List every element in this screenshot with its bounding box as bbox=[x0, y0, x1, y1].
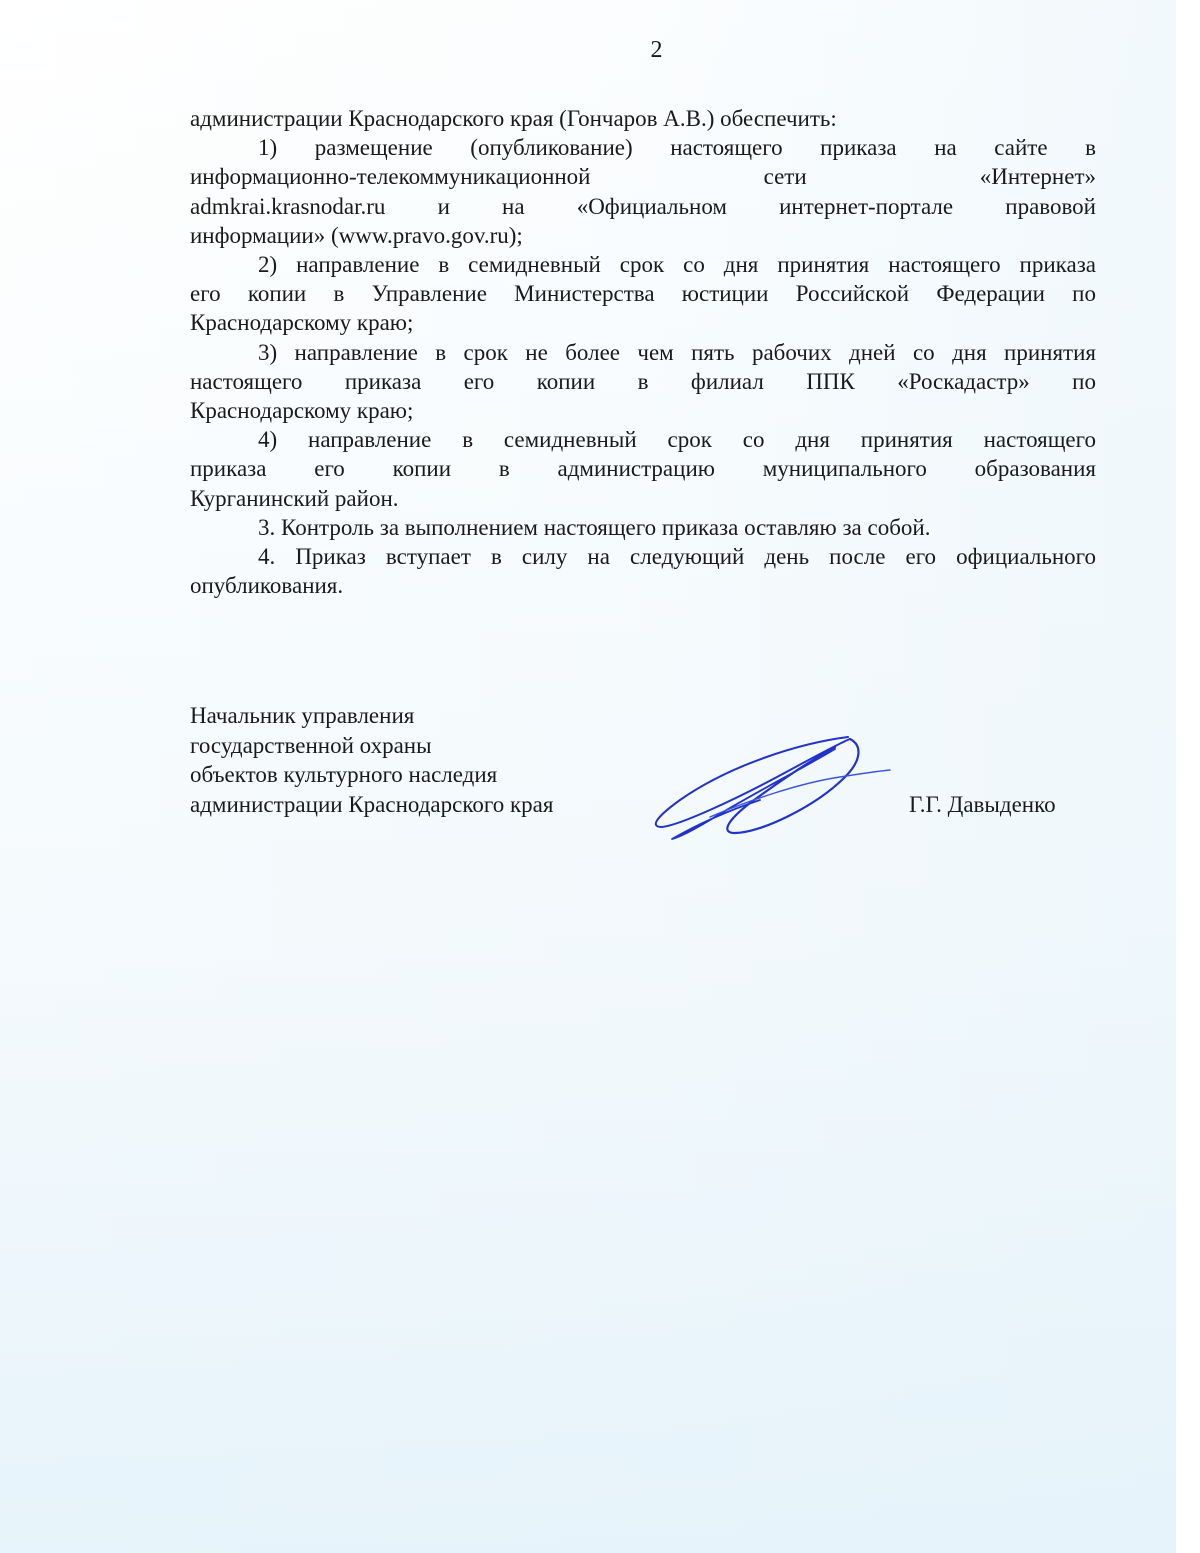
signer-title-line: администрации Краснодарского края bbox=[190, 790, 553, 820]
clause-3: 3. Контроль за выполнением настоящего пр… bbox=[190, 513, 1096, 542]
text-line: информации» (www.pravo.gov.ru); bbox=[190, 221, 1096, 250]
list-item-2: 2) направление в семидневный срок со дня… bbox=[190, 250, 1096, 338]
text-line: настоящего приказа его копии в филиал ПП… bbox=[190, 367, 1096, 396]
text-line: Краснодарскому краю; bbox=[190, 396, 1096, 425]
text-line: 1) размещение (опубликование) настоящего… bbox=[190, 133, 1096, 162]
signer-name: Г.Г. Давыденко bbox=[909, 790, 1056, 819]
text-line: Краснодарскому краю; bbox=[190, 308, 1096, 337]
intro-paragraph: администрации Краснодарского края (Гонча… bbox=[190, 104, 1096, 133]
signer-title: Начальник управления государственной охр… bbox=[190, 701, 553, 819]
text-line: 2) направление в семидневный срок со дня… bbox=[190, 250, 1096, 279]
text-line: информационно-телекоммуникационной сети … bbox=[190, 162, 1096, 191]
document-body: администрации Краснодарского края (Гонча… bbox=[190, 104, 1096, 600]
signer-title-line: Начальник управления bbox=[190, 701, 553, 731]
signer-title-line: объектов культурного наследия bbox=[190, 760, 553, 790]
text-line: 4) направление в семидневный срок со дня… bbox=[190, 425, 1096, 454]
text-line: опубликования. bbox=[190, 571, 1096, 600]
page-number: 2 bbox=[0, 36, 1200, 64]
text-line: Курганинский район. bbox=[190, 484, 1096, 513]
signature-icon bbox=[640, 725, 900, 845]
text-line: администрации Краснодарского края (Гонча… bbox=[190, 104, 1096, 133]
text-line: 4. Приказ вступает в силу на следующий д… bbox=[190, 542, 1096, 571]
text-line: admkrai.krasnodar.ru и на «Официальном и… bbox=[190, 192, 1096, 221]
text-line: 3. Контроль за выполнением настоящего пр… bbox=[190, 513, 1096, 542]
list-item-1: 1) размещение (опубликование) настоящего… bbox=[190, 133, 1096, 250]
text-line: 3) направление в срок не более чем пять … bbox=[190, 338, 1096, 367]
page-margin bbox=[1176, 0, 1200, 1553]
text-line: приказа его копии в администрацию муници… bbox=[190, 454, 1096, 483]
clause-4: 4. Приказ вступает в силу на следующий д… bbox=[190, 542, 1096, 600]
list-item-3: 3) направление в срок не более чем пять … bbox=[190, 338, 1096, 426]
list-item-4: 4) направление в семидневный срок со дня… bbox=[190, 425, 1096, 513]
text-line: его копии в Управление Министерства юсти… bbox=[190, 279, 1096, 308]
signer-title-line: государственной охраны bbox=[190, 731, 553, 761]
